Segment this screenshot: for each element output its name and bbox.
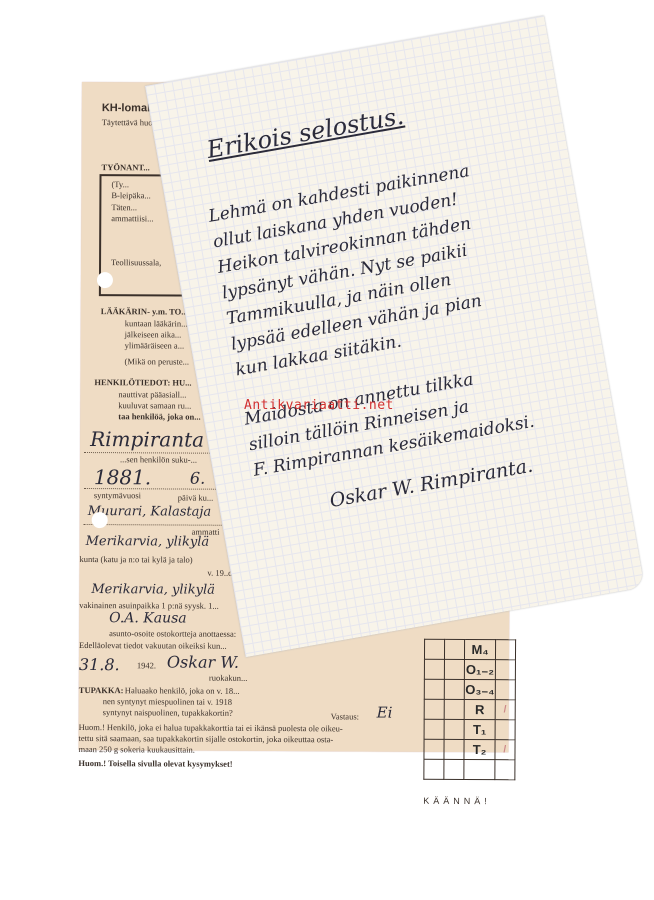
person-line: nauttivat pääasiall... [118,389,186,399]
tobacco-line: Haluaako henkilö, joka on v. 18... [125,685,240,696]
employer-box-line: Täten... [111,202,137,212]
doctor-line: kuntaan lääkärin... [125,318,188,328]
tobacco-line: nen syntynyt miespuolinen tai v. 1918 [103,696,232,707]
person-line: taa henkilöä, joka on... [118,411,200,421]
punch-hole [92,512,108,528]
surname-value: Rimpiranta [90,427,204,452]
date-value: 31.8. [79,655,120,674]
note-line: Huom.! Henkilö, joka ei halua tupakkakor… [79,722,343,733]
grid-code: R [465,700,495,720]
turn-over-label: KÄÄNNÄ! [423,796,491,806]
address-label: asunto-osoite ostokortteja anottaessa: [109,628,236,639]
birth-day-label: päivä ku... [178,493,213,503]
surname-label: ...sen henkilön suku-... [120,454,197,464]
employer-box-line: B-leipäka... [111,190,150,200]
signature-value: Oskar W. [167,652,239,671]
municipality-value: Merikarvia, ylikylä [86,534,210,550]
answer-label: Vastaus: [331,711,359,721]
note-line: tettu sitä saamaan, saa tupakkakortin si… [79,733,334,744]
grid-code: O₁₋₂ [465,660,495,680]
certify-text: Edelläolevat tiedot vakuutan oikeiksi ku… [79,640,227,651]
birth-year-label: syntymävuosi [94,490,141,500]
employer-section-title: TYÖNANT... [102,162,150,172]
tobacco-line: syntynyt naispuolinen, tupakkakortin? [103,707,233,718]
watermark: Antikvariaatti.net [244,398,394,413]
tobacco-title: TUPAKKA: [79,685,124,695]
grid-code: O₃₋₄ [465,680,495,700]
answer-value: Ei [377,704,393,722]
note-signature: Oskar W. Rimpiranta. [328,455,535,512]
birth-year-value: 1881. [94,465,151,489]
doctor-line: ylimääräiseen a... [125,340,185,350]
coupon-grid: M₄ O₁₋₂ O₃₋₄ R/ T₁ T₂/ [423,639,516,780]
grid-code: T₂ [464,740,494,760]
grid-code: T₁ [465,720,495,740]
birth-day-value: 6. [190,469,205,488]
industry-label: Teollisuussala, [111,257,161,267]
residence-value: Merikarvia, ylikylä [91,582,215,598]
municipality-label: kunta (katu ja n:o tai kylä ja talo) [79,554,192,565]
employer-box-line: (Ty... [111,179,129,189]
employer-box-line: ammattiisi... [111,213,153,223]
punch-hole [97,272,113,288]
person-line: kuuluvat samaan ru... [118,400,191,410]
doctor-line: (Mikä on peruste... [125,356,190,366]
note-line: maan 250 g sokeria kuukausittain. [78,744,194,755]
residence-label: vakinainen asuinpaikka 1 p:nä syysk. 1..… [79,600,219,611]
doctor-line: jälkeiseen aika... [125,329,182,339]
person-section-title: HENKILÖTIEDOT: HU... [94,377,191,388]
note-title: Erikois selostus. [205,102,406,164]
note-other-side: Huom.! Toisella sivulla olevat kysymykse… [78,758,232,769]
year-printed: 1942. [137,660,156,670]
household-label: ruokakun... [209,673,248,683]
doctor-section-title: LÄÄKÄRIN- y.m. TO... [101,306,188,316]
address-value: O.A. Kausa [109,610,187,626]
grid-code: M₄ [465,640,495,660]
